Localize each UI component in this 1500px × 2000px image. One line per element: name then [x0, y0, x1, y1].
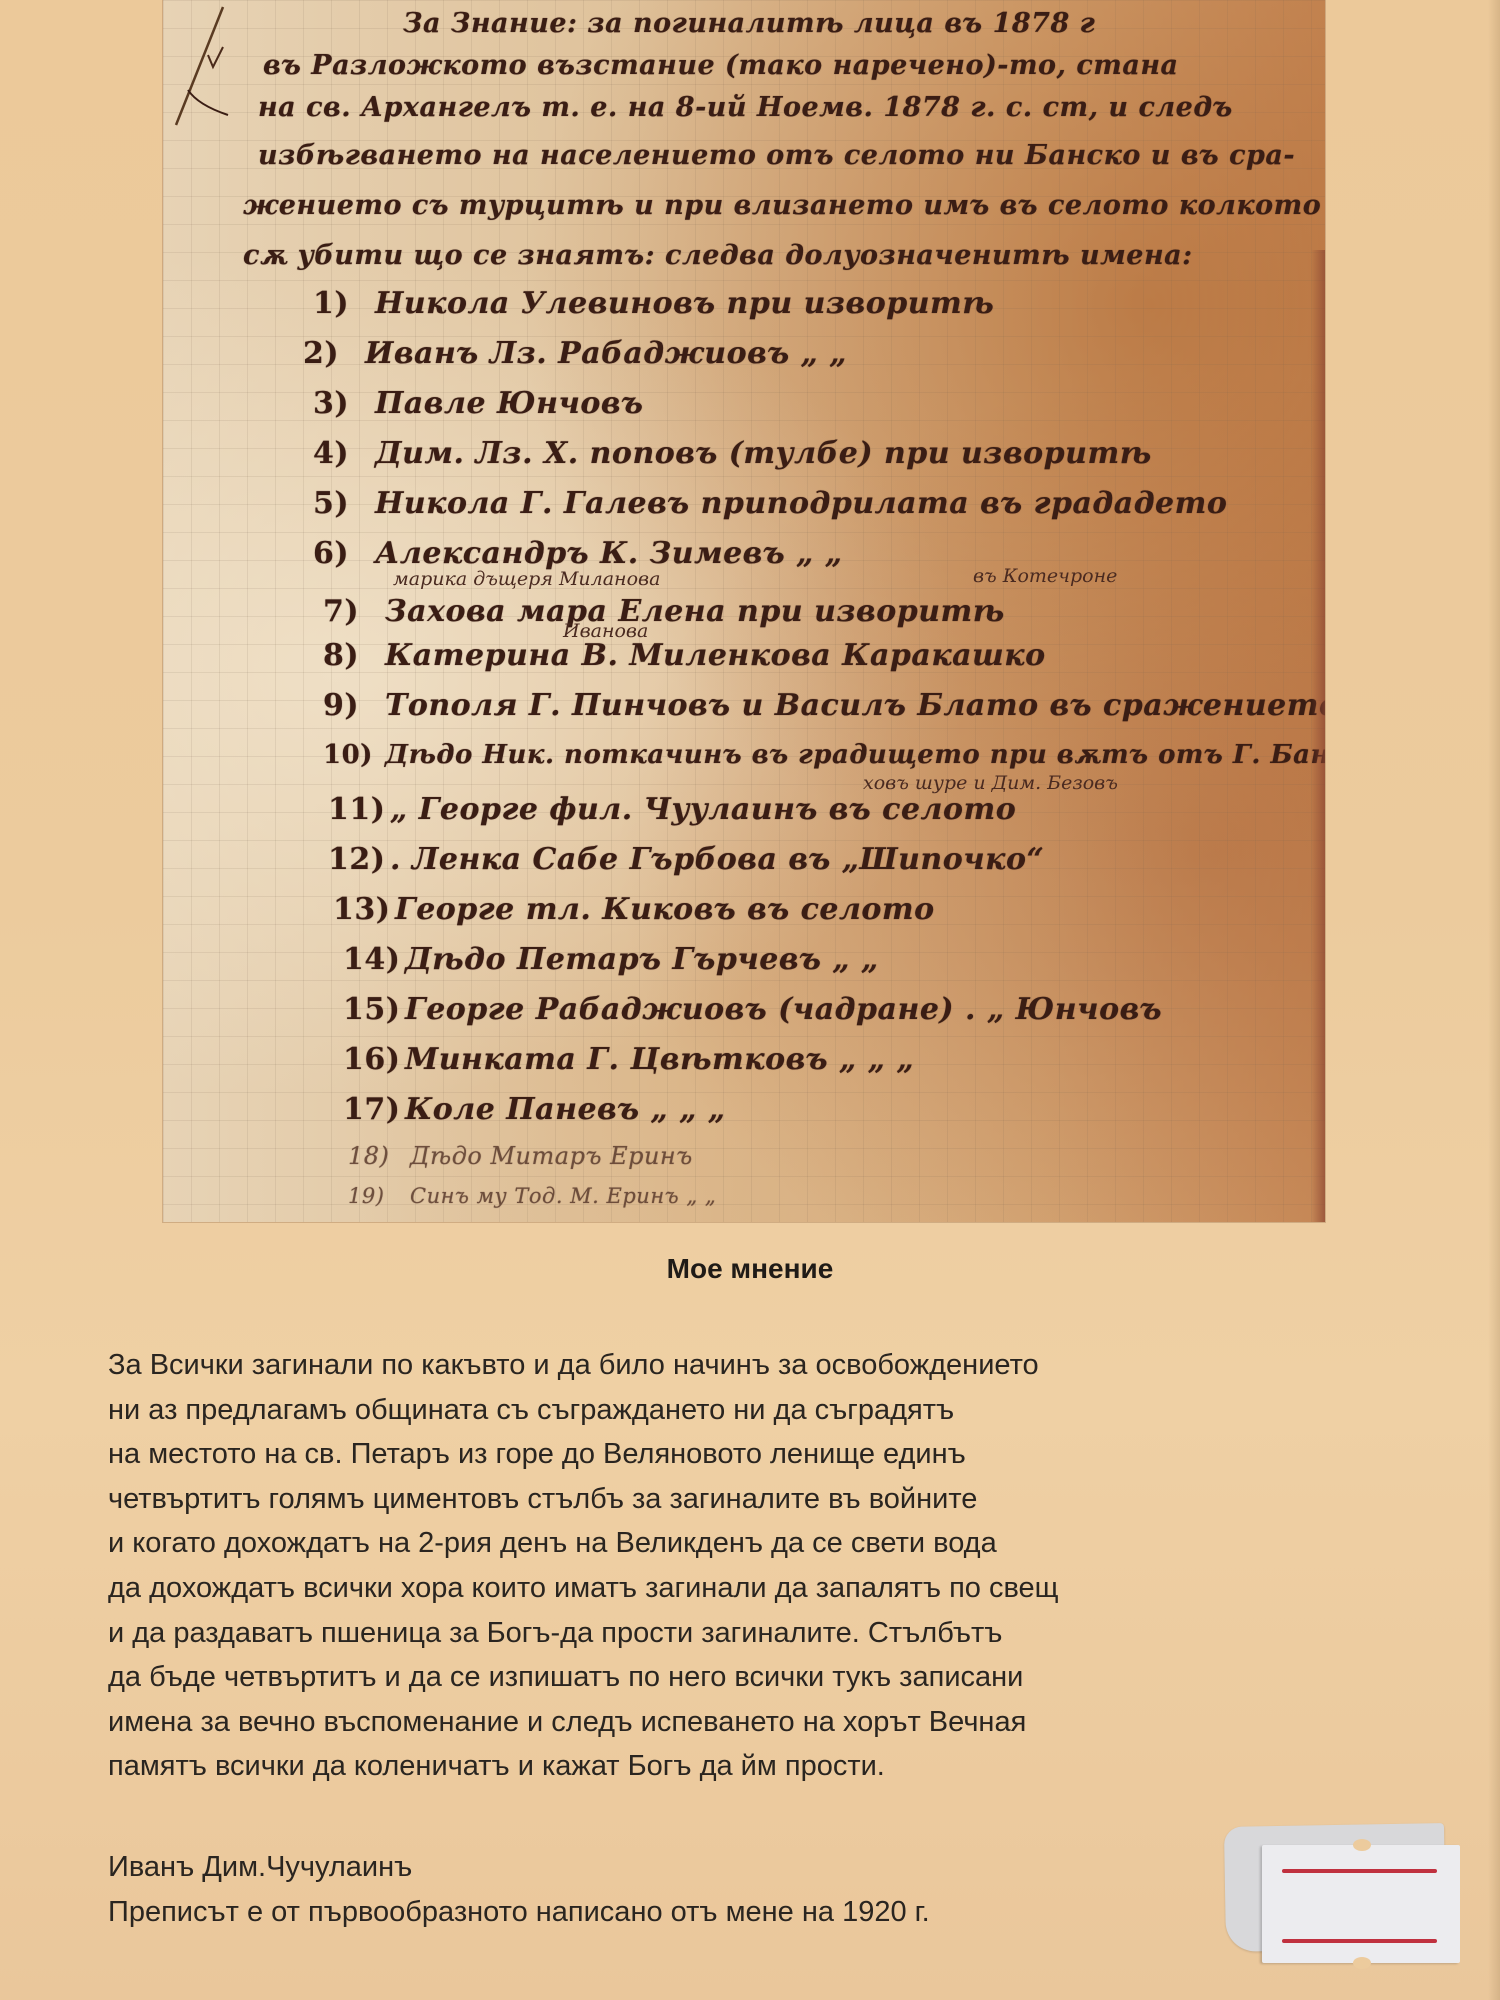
entry-text: Георге Рабаджиовъ (чадране) . „ Юнчовъ	[405, 992, 1162, 1027]
manuscript-entry: 1)Никола Улевиновъ при изворитѣ	[313, 286, 994, 321]
commentary-line: За Всички загинали по какъвто и да било …	[108, 1343, 1408, 1388]
manuscript-header-line: въ Разложкото възстание (тако наречено)-…	[263, 50, 1179, 81]
sticker-notch	[1353, 1839, 1371, 1851]
entry-number: 5)	[313, 486, 375, 521]
entry-number: 8)	[323, 638, 385, 673]
price-sticker	[1262, 1845, 1460, 1963]
commentary-line: на местото на св. Петаръ из горе до Веля…	[108, 1432, 1408, 1477]
entry-text: Александръ К. Зимевъ „ „	[375, 536, 843, 571]
entry-number: 19)	[348, 1184, 410, 1208]
entry-number: 16)	[343, 1042, 405, 1077]
manuscript-entry: 8)Катерина В. Миленкова Каракашко	[323, 638, 1046, 673]
manuscript-entry: 11)„ Георге фил. Чуулаинъ въ селото	[328, 792, 1016, 827]
manuscript-annotation: марика дъщеря Миланова	[393, 568, 660, 590]
manuscript-entry: 6)Александръ К. Зимевъ „ „	[313, 536, 843, 571]
entry-text: Коле Паневъ „ „ „	[405, 1092, 726, 1127]
panel-edge	[1488, 0, 1500, 2000]
commentary-title: Мое мнение	[0, 1253, 1500, 1285]
handwritten-manuscript: За Знание: за погиналитѣ лица въ 1878 г …	[163, 0, 1325, 1222]
manuscript-entry: 12). Ленка Сабе Гърбова въ „Шипочко“	[328, 842, 1044, 877]
margin-checkmark-icon	[168, 5, 238, 130]
entry-text: Никола Улевиновъ при изворитѣ	[375, 286, 994, 321]
manuscript-entry: 14)Дѣдо Петаръ Гърчевъ „ „	[343, 942, 879, 977]
entry-number: 6)	[313, 536, 375, 571]
entry-text: Синъ му Тод. М. Еринъ „ „	[410, 1184, 716, 1208]
entry-number: 10)	[323, 740, 385, 770]
entry-text: Дим. Лз. Х. поповъ (тулбе) при изворитѣ	[375, 436, 1152, 471]
signature-block: Иванъ Дим.Чучулаинъ Преписът е от първоо…	[108, 1845, 930, 1935]
entry-text: Дѣдо Митаръ Еринъ	[410, 1142, 693, 1170]
manuscript-entry: 9)Тополя Г. Пинчовъ и Василъ Блато въ ср…	[323, 688, 1325, 723]
manuscript-entry: 3)Павле Юнчовъ	[313, 386, 643, 421]
entry-number: 7)	[323, 594, 385, 629]
commentary-line: да бъде четвъртитъ и да се изпишатъ по н…	[108, 1655, 1408, 1700]
entry-text: Дѣдо Петаръ Гърчевъ „ „	[405, 942, 879, 977]
manuscript-entry: 10)Дѣдо Ник. поткачинъ въ градището при …	[323, 740, 1325, 770]
manuscript-entry: 4)Дим. Лз. Х. поповъ (тулбе) при изворит…	[313, 436, 1152, 471]
entry-text: Тополя Г. Пинчовъ и Василъ Блато въ сраж…	[385, 688, 1325, 723]
manuscript-header-line: на св. Архангелъ т. е. на 8-ий Ноемв. 18…	[258, 92, 1233, 123]
entry-number: 11)	[328, 792, 390, 827]
manuscript-header-line: избѣгването на населението отъ селото ни…	[258, 140, 1295, 171]
commentary-line: да дохождатъ всички хора които иматъ заг…	[108, 1566, 1408, 1611]
entry-text: Захова мара Елена при изворитѣ	[385, 594, 1005, 629]
commentary-body: За Всички загинали по какъвто и да било …	[108, 1343, 1408, 1789]
manuscript-header-line: жението съ турцитѣ и при влизането имъ в…	[243, 190, 1321, 221]
sticker-red-line	[1282, 1939, 1437, 1943]
entry-text: „ Георге фил. Чуулаинъ въ селото	[390, 792, 1016, 827]
manuscript-entry: 19)Синъ му Тод. М. Еринъ „ „	[348, 1184, 716, 1208]
entry-text: Никола Г. Галевъ приподрилата въ грададе…	[375, 486, 1227, 521]
entry-number: 9)	[323, 688, 385, 723]
entry-number: 1)	[313, 286, 375, 321]
entry-text: Минката Г. Цвѣтковъ „ „ „	[405, 1042, 914, 1077]
entry-text: Катерина В. Миленкова Каракашко	[385, 638, 1046, 673]
entry-number: 15)	[343, 992, 405, 1027]
manuscript-entry: 17)Коле Паневъ „ „ „	[343, 1092, 726, 1127]
entry-number: 14)	[343, 942, 405, 977]
entry-text: Иванъ Лз. Рабаджиовъ „ „	[365, 336, 847, 371]
entry-number: 17)	[343, 1092, 405, 1127]
transcription-note: Преписът е от първообразното написано от…	[108, 1890, 930, 1935]
entry-number: 13)	[333, 892, 395, 927]
commentary-line: четвъртитъ голямъ циментовъ стълбъ за за…	[108, 1477, 1408, 1522]
entry-text: Павле Юнчовъ	[375, 386, 643, 421]
commentary-line: памятъ всички да коленичатъ и кажат Богъ…	[108, 1744, 1408, 1789]
author-name: Иванъ Дим.Чучулаинъ	[108, 1845, 930, 1890]
manuscript-header-line: За Знание: за погиналитѣ лица въ 1878 г	[403, 8, 1095, 39]
sticker-notch	[1353, 1957, 1371, 1969]
manuscript-entry: 18)Дѣдо Митаръ Еринъ	[348, 1142, 693, 1170]
commentary-line: и когато дохождатъ на 2-рия денъ на Вели…	[108, 1521, 1408, 1566]
manuscript-entry: 16)Минката Г. Цвѣтковъ „ „ „	[343, 1042, 914, 1077]
manuscript-entry: 7)Захова мара Елена при изворитѣ	[323, 594, 1005, 629]
manuscript-entry: 2)Иванъ Лз. Рабаджиовъ „ „	[303, 336, 847, 371]
manuscript-annotation: въ Котечроне	[973, 565, 1117, 587]
entry-number: 4)	[313, 436, 375, 471]
entry-number: 2)	[303, 336, 365, 371]
commentary-line: ни аз предлагамъ общината съ съгражданет…	[108, 1388, 1408, 1433]
entry-text: . Ленка Сабе Гърбова въ „Шипочко“	[390, 842, 1044, 877]
commentary-line: и да раздаватъ пшеница за Богъ-да прости…	[108, 1611, 1408, 1656]
manuscript-header-line: сѫ убити що се знаятъ: следва долуозначе…	[243, 240, 1193, 271]
manuscript-entry: 15)Георге Рабаджиовъ (чадране) . „ Юнчов…	[343, 992, 1162, 1027]
entry-number: 18)	[348, 1142, 410, 1170]
entry-number: 3)	[313, 386, 375, 421]
sticker-red-line	[1282, 1869, 1437, 1873]
manuscript-entry: 13)Георге тл. Киковъ въ селото	[333, 892, 935, 927]
manuscript-annotation: ховъ шуре и Дим. Безовъ	[863, 772, 1118, 794]
entry-text: Дѣдо Ник. поткачинъ въ градището при вѫт…	[385, 740, 1325, 770]
entry-number: 12)	[328, 842, 390, 877]
commentary-line: имена за вечно въспоменание и следъ испе…	[108, 1700, 1408, 1745]
entry-text: Георге тл. Киковъ въ селото	[395, 892, 935, 927]
manuscript-entry: 5)Никола Г. Галевъ приподрилата въ града…	[313, 486, 1227, 521]
